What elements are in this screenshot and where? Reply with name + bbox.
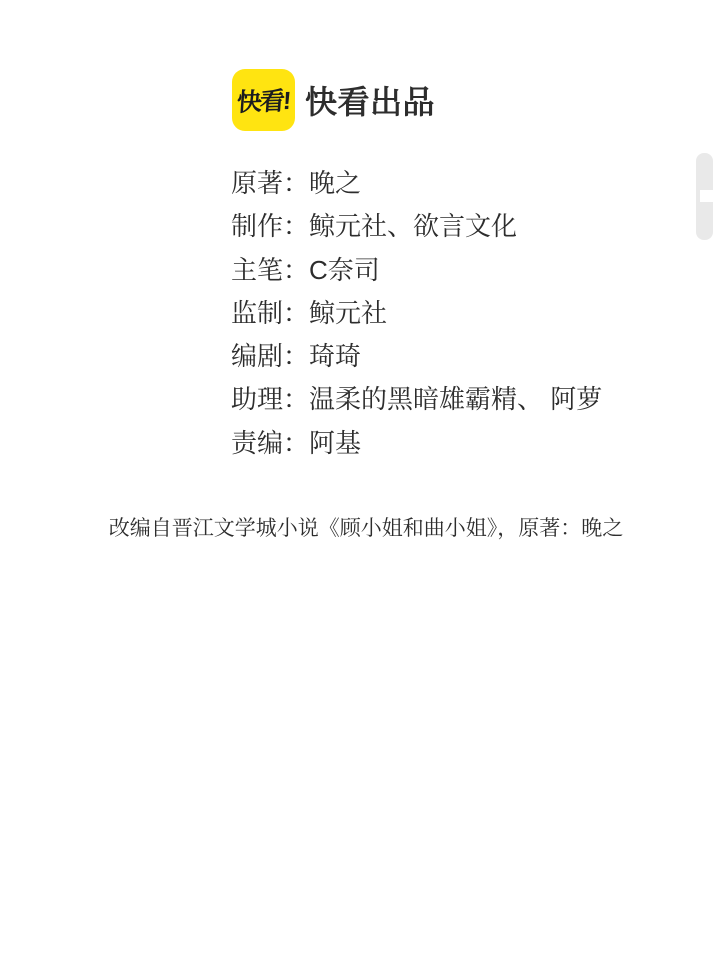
credit-line-editor: 责编：阿基	[231, 422, 602, 465]
kuaikan-logo-text: 快看!	[236, 81, 291, 119]
scrollbar-thumb[interactable]	[696, 153, 713, 240]
credit-role: 编剧：	[231, 341, 309, 371]
credit-names: 琦琦	[309, 341, 361, 371]
credit-role: 主笔：	[231, 255, 309, 285]
credit-names: 温柔的黑暗雄霸精、 阿萝	[309, 384, 602, 414]
credit-line-original-author: 原著：晚之	[231, 162, 602, 205]
comic-credits-page: 快看! 快看出品 原著：晚之 制作：鲸元社、欲言文化 主笔：C奈司 监制：鲸元社…	[0, 0, 720, 958]
credit-role: 责编：	[231, 428, 309, 458]
credit-role: 监制：	[231, 298, 309, 328]
credit-line-supervisor: 监制：鲸元社	[231, 292, 602, 335]
credit-line-screenwriter: 编剧：琦琦	[231, 335, 602, 378]
credit-line-production: 制作：鲸元社、欲言文化	[231, 205, 602, 248]
kuaikan-logo-icon: 快看!	[232, 69, 295, 131]
credit-role: 制作：	[231, 211, 309, 241]
adaptation-note: 改编自晋江文学城小说《顾小姐和曲小姐》，原著：晚之	[6, 514, 720, 544]
credit-names: 鲸元社	[309, 298, 387, 328]
credit-role: 原著：	[231, 168, 309, 198]
credits-list: 原著：晚之 制作：鲸元社、欲言文化 主笔：C奈司 监制：鲸元社 编剧：琦琦 助理…	[231, 162, 602, 465]
scrollbar-notch	[700, 190, 713, 202]
credit-names: 鲸元社、欲言文化	[309, 211, 517, 241]
credit-names: 阿基	[309, 428, 361, 458]
brand-label: 快看出品	[305, 77, 435, 123]
credit-names: C奈司	[309, 255, 380, 285]
credit-names: 晚之	[309, 168, 361, 198]
brand-row: 快看! 快看出品	[232, 69, 435, 131]
credit-role: 助理：	[231, 384, 309, 414]
credit-line-assistants: 助理：温柔的黑暗雄霸精、 阿萝	[231, 378, 602, 421]
credit-line-lead-artist: 主笔：C奈司	[231, 249, 602, 292]
